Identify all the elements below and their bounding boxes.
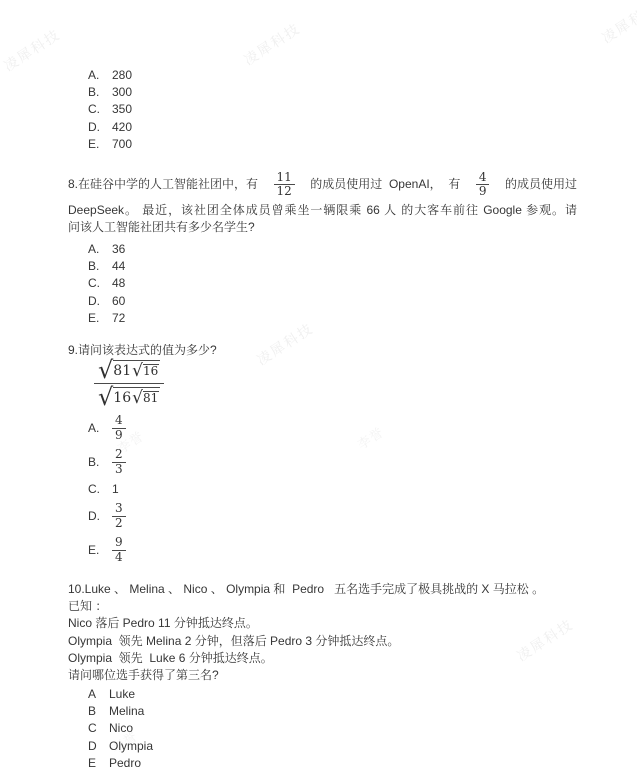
question8-options: A. 36 B. 44 C. 48 D. 60 E. 72: [88, 240, 125, 327]
option-row: D Olympia: [88, 737, 153, 754]
option-letter: E: [88, 756, 109, 770]
option-value: 280: [112, 68, 132, 82]
option-row: C Nico: [88, 720, 153, 737]
option-letter: A: [88, 687, 109, 701]
option-letter: E.: [88, 137, 112, 151]
option-row: B Melina: [88, 702, 153, 719]
option-row: B. 300: [88, 83, 132, 100]
question10-line: Olympia 领先 Melina 2 分钟，但落后 Pedro 3 分钟抵达终…: [68, 633, 577, 650]
option-row: D. 60: [88, 292, 125, 309]
option-value: Pedro: [109, 756, 141, 770]
option-letter: C.: [88, 102, 112, 116]
question8-line3: 问该人工智能社团共有多少名学生?: [68, 219, 577, 236]
radical-icon: √: [98, 360, 113, 380]
option-row: E. 72: [88, 310, 125, 327]
option-value: 48: [112, 276, 125, 290]
option-row: A. 280: [88, 66, 132, 83]
question10-line: 10.Luke 、 Melina 、 Nico 、 Olympia 和 Pedr…: [68, 581, 577, 598]
option-letter: D.: [88, 120, 112, 134]
question8-line1: 8.在硅谷中学的人工智能社团中，有 11 12 的成员使用过 OpenAI， 有…: [68, 167, 577, 202]
option-letter: C: [88, 721, 109, 735]
option-value: Luke: [109, 687, 135, 701]
option-row: C. 1: [88, 479, 126, 499]
option-row: C. 48: [88, 275, 125, 292]
question8-line1-prefix: 8.在硅谷中学的人工智能社团中，有: [68, 176, 258, 193]
option-value: Nico: [109, 721, 133, 735]
option-letter: A.: [88, 68, 112, 82]
question9-options: A. 4 9 B. 2 3 C. 1 D. 3 2 E.: [88, 411, 126, 567]
option-value: 36: [112, 242, 125, 256]
option-letter: E.: [88, 543, 112, 557]
radical-icon: √: [132, 364, 143, 378]
question8-line1-mid: 的成员使用过 OpenAI， 有: [310, 176, 460, 193]
option-value: 1: [112, 482, 119, 496]
option-row: B. 44: [88, 257, 125, 274]
question10-text: 10.Luke 、 Melina 、 Nico 、 Olympia 和 Pedr…: [68, 581, 577, 684]
option-value: 350: [112, 102, 132, 116]
option-fraction: 2 3: [112, 448, 126, 476]
option-letter: B.: [88, 85, 112, 99]
question10-line: Olympia 领先 Luke 6 分钟抵达终点。: [68, 650, 577, 667]
option-letter: C.: [88, 482, 112, 496]
math-expression: √81√16 √16√81: [94, 360, 164, 408]
question10-options: A Luke B Melina C Nico D Olympia E Pedro: [88, 685, 153, 772]
radical-icon: √: [132, 391, 143, 405]
expression-denominator: √16√81: [94, 383, 164, 408]
option-value: 44: [112, 259, 125, 273]
option-row: D. 3 2: [88, 499, 126, 533]
option-row: B. 2 3: [88, 445, 126, 479]
option-value: Olympia: [109, 739, 153, 753]
option-letter: D: [88, 739, 109, 753]
option-row: C. 350: [88, 101, 132, 118]
question7-options: A. 280 B. 300 C. 350 D. 420 E. 700: [88, 66, 132, 153]
option-value: 72: [112, 311, 125, 325]
option-value: 300: [112, 85, 132, 99]
watermark-name-text: 李誉: [353, 422, 387, 453]
option-letter: A.: [88, 421, 112, 435]
radical-icon: √: [98, 387, 113, 407]
question9-prompt: 9.请问该表达式的值为多少?: [68, 341, 217, 358]
document-page: 凌犀科技 凌犀科技 凌犀科技 凌犀科技 凌犀科技 李誉 李誉 李誉 A. 280…: [0, 0, 637, 777]
option-letter: A.: [88, 242, 112, 256]
option-fraction: 4 9: [112, 414, 126, 442]
option-letter: E.: [88, 311, 112, 325]
question10-line: 已知 ：: [68, 598, 577, 615]
option-fraction: 9 4: [112, 536, 126, 564]
watermark-text: 凌犀科技: [240, 18, 305, 70]
option-row: D. 420: [88, 118, 132, 135]
option-letter: D.: [88, 509, 112, 523]
option-row: A Luke: [88, 685, 153, 702]
question8-line2: DeepSeek。 最近，该社团全体成员曾乘坐一辆限乘 66 人 的大客车前往 …: [68, 202, 577, 219]
option-row: A. 4 9: [88, 411, 126, 445]
option-letter: B: [88, 704, 109, 718]
option-value: 60: [112, 294, 125, 308]
option-value: 420: [112, 120, 132, 134]
option-value: 700: [112, 137, 132, 151]
watermark-text: 凌犀科技: [253, 318, 318, 370]
option-letter: B.: [88, 455, 112, 469]
watermark-text: 凌犀科技: [598, 0, 637, 48]
option-letter: B.: [88, 259, 112, 273]
option-row: E. 9 4: [88, 533, 126, 567]
question8-text: 8.在硅谷中学的人工智能社团中，有 11 12 的成员使用过 OpenAI， 有…: [68, 167, 577, 236]
option-row: A. 36: [88, 240, 125, 257]
option-fraction: 3 2: [112, 502, 126, 530]
watermark-text: 凌犀科技: [0, 24, 64, 76]
fraction-4-9: 4 9: [476, 171, 490, 199]
expression-numerator: √81√16: [94, 360, 164, 383]
option-row: E. 700: [88, 136, 132, 153]
option-row: E Pedro: [88, 755, 153, 772]
option-letter: C.: [88, 276, 112, 290]
option-value: Melina: [109, 704, 144, 718]
question10-line: Nico 落后 Pedro 11 分钟抵达终点。: [68, 615, 577, 632]
option-letter: D.: [88, 294, 112, 308]
fraction-11-12: 11 12: [274, 171, 295, 199]
question8-line1-suffix: 的成员使用过: [505, 176, 577, 193]
question10-line: 请问哪位选手获得了第三名?: [68, 667, 577, 684]
